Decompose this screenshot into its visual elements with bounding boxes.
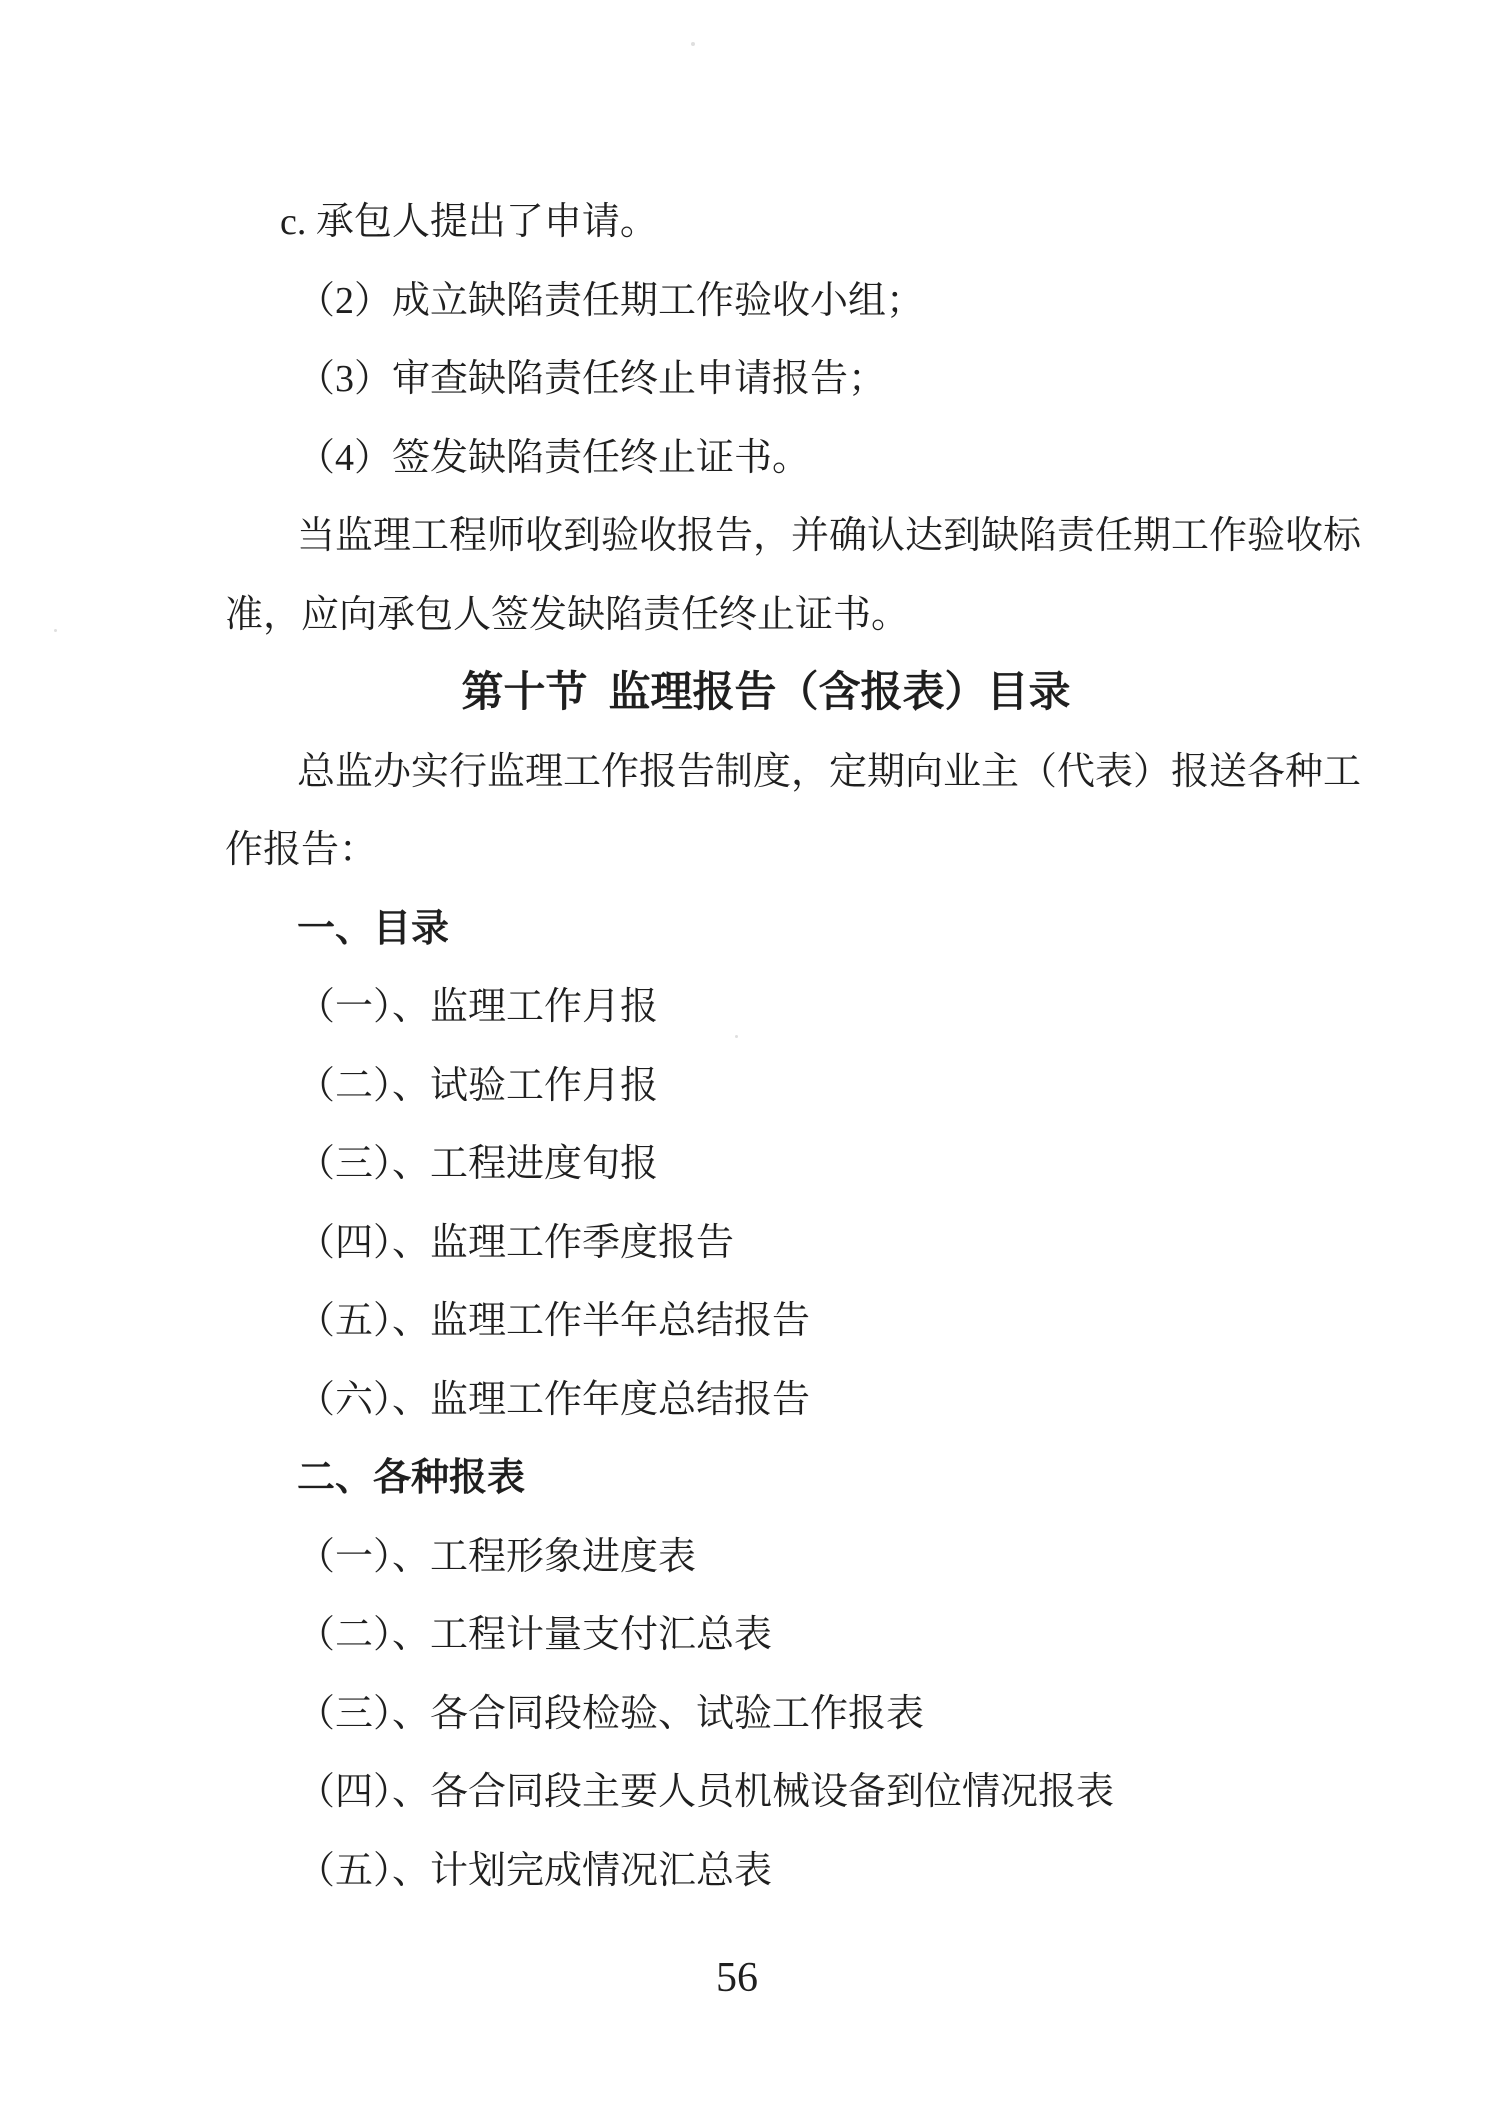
text-line: 当监理工程师收到验收报告，并确认达到缺陷责任期工作验收标 [225, 497, 1277, 576]
list-item: （一）、监理工作月报 [225, 968, 1277, 1047]
scan-speck [691, 42, 695, 46]
scan-speck [54, 629, 57, 632]
text-line: （3）审查缺陷责任终止申请报告； [225, 340, 1277, 419]
section-title: 第十节 监理报告（含报表）目录 [225, 654, 1277, 733]
list-item: （三）、工程进度旬报 [225, 1125, 1277, 1204]
text-line: 准，应向承包人签发缺陷责任终止证书。 [225, 576, 1277, 655]
list-item: （一）、工程形象进度表 [225, 1518, 1277, 1597]
text-line: （4）签发缺陷责任终止证书。 [225, 419, 1277, 498]
text-line: c. 承包人提出了申请。 [225, 183, 1277, 262]
list-item: （四）、监理工作季度报告 [225, 1204, 1277, 1283]
text-line: 总监办实行监理工作报告制度，定期向业主（代表）报送各种工 [225, 733, 1277, 812]
subsection-title: 二、各种报表 [225, 1439, 1277, 1518]
page-number: 56 [0, 1939, 1481, 2017]
list-item: （五）、计划完成情况汇总表 [225, 1832, 1277, 1911]
list-item: （三）、各合同段检验、试验工作报表 [225, 1675, 1277, 1754]
document-body: c. 承包人提出了申请。 （2）成立缺陷责任期工作验收小组； （3）审查缺陷责任… [225, 183, 1277, 1910]
subsection-title: 一、目录 [225, 890, 1277, 969]
list-item: （六）、监理工作年度总结报告 [225, 1361, 1277, 1440]
list-item: （五）、监理工作半年总结报告 [225, 1282, 1277, 1361]
scan-speck [735, 1035, 738, 1038]
text-line: （2）成立缺陷责任期工作验收小组； [225, 262, 1277, 341]
list-item: （二）、工程计量支付汇总表 [225, 1596, 1277, 1675]
list-item: （四）、各合同段主要人员机械设备到位情况报表 [225, 1753, 1277, 1832]
list-item: （二）、试验工作月报 [225, 1047, 1277, 1126]
text-line: 作报告： [225, 811, 1277, 890]
document-page: c. 承包人提出了申请。 （2）成立缺陷责任期工作验收小组； （3）审查缺陷责任… [0, 0, 1488, 2104]
